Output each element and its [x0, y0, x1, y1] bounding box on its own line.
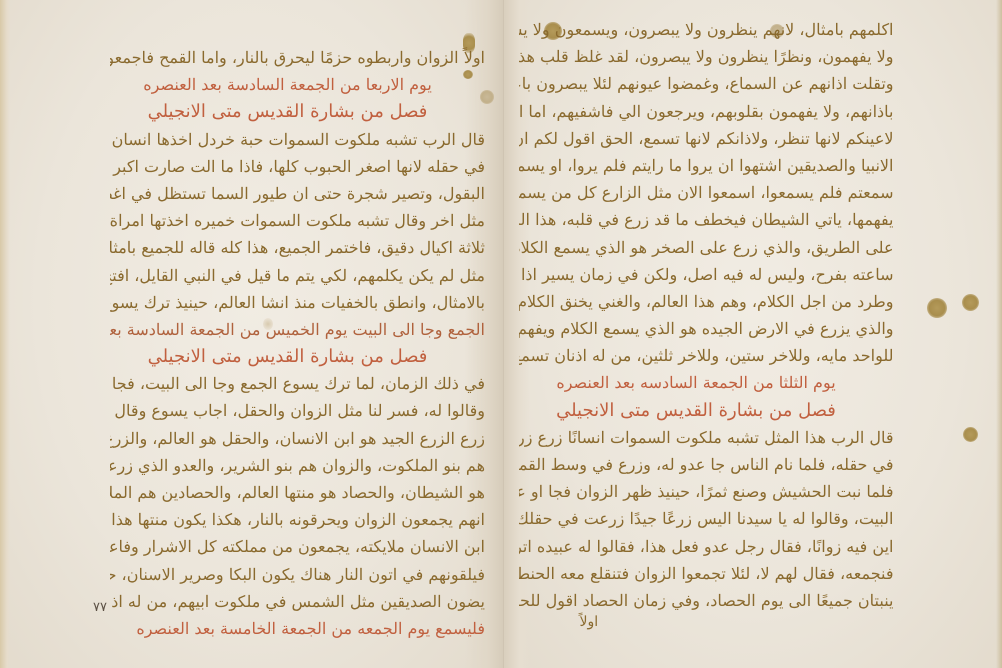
text-line: فيلقونهم في اتون النار هناك يكون البكا و… — [110, 561, 485, 588]
text-line: باذانهم، ولا يفهمون بقلوبهم، ويرجعون الي… — [519, 98, 894, 125]
text-line: في حقله، فلما نام الناس جا عدو له، وزرع … — [519, 451, 894, 478]
text-line-with-rubric: فليسمع يوم الجمعه من الجمعة الخامسة بعد … — [110, 615, 485, 642]
text-line: هم بنو الملكوت، والزوان هم بنو الشرير، و… — [110, 452, 485, 479]
text-line: سمعتم فلم يسمعوا، اسمعوا الان مثل الزارع… — [519, 179, 894, 206]
text-line: اين فيه زوانًا، فقال رجل عدو فعل هذا، فق… — [519, 533, 894, 560]
text-line: يفهمها، ياتي الشيطان فيخطف ما قد زرع في … — [519, 206, 894, 233]
manuscript-spread: اولاً الزوان واربطوه حزمًا ليحرق بالنار،… — [0, 0, 1002, 668]
text-line: البيت، وقالوا له يا سيدنا اليس زرعًا جيد… — [519, 505, 894, 532]
catchword: اولاً — [580, 614, 599, 630]
text-line: الانبيا والصديقين اشتهوا ان يروا ما رايت… — [519, 152, 894, 179]
left-text-block: اولاً الزوان واربطوه حزمًا ليحرق بالنار،… — [110, 44, 485, 642]
text-line: قال الرب تشبه ملكوت السموات حبة خردل اخذ… — [110, 126, 485, 153]
text-line-with-rubric: الجمع وجا الى البيت يوم الخميس من الجمعة… — [110, 316, 485, 343]
text-line: في ذلك الزمان، لما ترك يسوع الجمع وجا ال… — [110, 370, 485, 397]
text-line: زرع الزرع الجيد هو ابن الانسان، والحقل ه… — [110, 425, 485, 452]
rubric-heading: يوم الاربعا من الجمعة السادسة بعد العنصر… — [110, 71, 485, 98]
text-line: فلما نبت الحشيش وصنع ثمرًا، حينيذ ظهر ال… — [519, 478, 894, 505]
text-line: لاعينكم لانها تنظر، ولاذانكم لانها تسمع،… — [519, 125, 894, 152]
text-line: هو الشيطان، والحصاد هو منتها العالم، وال… — [110, 479, 485, 506]
right-page: اكلمهم بامثال، لانهم ينظرون ولا يبصرون، … — [504, 0, 1002, 668]
text-line: في حقله لانها اصغر الحبوب كلها، فاذا ما … — [110, 153, 485, 180]
ink-stain — [962, 294, 979, 311]
text-line: اولاً الزوان واربطوه حزمًا ليحرق بالنار،… — [110, 44, 485, 71]
rubric-heading: يوم الثلثا من الجمعة السادسه بعد العنصره — [519, 369, 894, 396]
rubric-heading: فصل من بشارة القديس متى الانجيلي — [110, 343, 485, 370]
text-line: والذي يزرع في الارض الجيده هو الذي يسمع … — [519, 315, 894, 342]
folio-number: ٧٧ — [93, 600, 107, 615]
left-page: اولاً الزوان واربطوه حزمًا ليحرق بالنار،… — [0, 0, 504, 668]
ink-stain — [963, 427, 978, 442]
rubric-heading: فصل من بشارة القديس متى الانجيلي — [110, 98, 485, 125]
text-line: بالامثال، وانطق بالخفيات منذ انشا العالم… — [110, 289, 485, 316]
page-edge — [0, 0, 10, 668]
text-line: ساعته بفرح، وليس له فيه اصل، ولكن في زما… — [519, 261, 894, 288]
text-line: يضون الصديقين مثل الشمس في ملكوت ابيهم، … — [110, 588, 485, 615]
text-line: وتقلت اذانهم عن السماع، وغمضوا عيونهم لئ… — [519, 70, 894, 97]
text-line: ولا يفهمون، ونظرًا ينظرون ولا يبصرون، لق… — [519, 43, 894, 70]
text-line: اكلمهم بامثال، لانهم ينظرون ولا يبصرون، … — [519, 16, 894, 43]
ink-stain — [927, 298, 947, 318]
text-line: وقالوا له، فسر لنا مثل الزوان والحقل، اج… — [110, 397, 485, 424]
text-line: مثل اخر وقال تشبه ملكوت السموات خميره اخ… — [110, 207, 485, 234]
text-line: ينبتان جميعًا الى يوم الحصاد، وفي زمان ا… — [519, 587, 894, 614]
text-line: وطرد من اجل الكلام، وهم هذا العالم، والغ… — [519, 288, 894, 315]
text-line: على الطريق، والذي زرع على الصخر هو الذي … — [519, 234, 894, 261]
rubric-heading: فصل من بشارة القديس متى الانجيلي — [519, 397, 894, 424]
text-line: مثل لم يكن يكلمهم، لكي يتم ما قيل في الن… — [110, 262, 485, 289]
text-line: ابن الانسان ملايكته، يجمعون من مملكته كل… — [110, 533, 485, 560]
text-line: البقول، وتصير شجرة حتى ان طيور السما تست… — [110, 180, 485, 207]
right-text-block: اكلمهم بامثال، لانهم ينظرون ولا يبصرون، … — [519, 16, 894, 614]
page-edge — [996, 0, 1002, 668]
text-line: ثلاثة اكيال دقيق، فاختمر الجميع، هذا كله… — [110, 234, 485, 261]
text-line: فنجمعه، فقال لهم لا، لئلا تجمعوا الزوان … — [519, 560, 894, 587]
text-line: للواحد مايه، وللاخر ستين، وللاخر ثلثين، … — [519, 342, 894, 369]
text-line: انهم يجمعون الزوان ويحرقونه بالنار، هكذا… — [110, 506, 485, 533]
text-line: قال الرب هذا المثل تشبه ملكوت السموات ان… — [519, 424, 894, 451]
